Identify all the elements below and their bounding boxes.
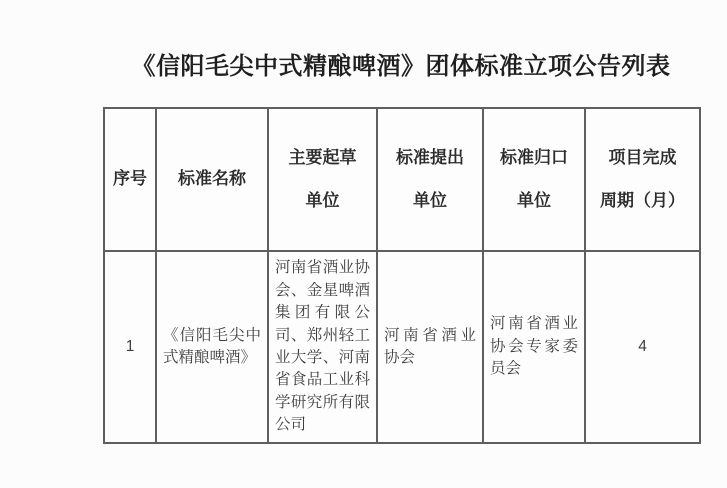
header-standard-name: 标准名称 (156, 108, 268, 251)
table-header-row: 序号 标准名称 主要起草 单位 标准提出 单位 标准归口 单位 项目完成 周期（… (104, 108, 700, 251)
header-main-drafting-units: 主要起草 单位 (268, 108, 377, 251)
cell-completion-period: 4 (585, 251, 700, 443)
header-serial-number: 序号 (104, 108, 156, 251)
page-title: 《信阳毛尖中式精酿啤酒》团体标准立项公告列表 (103, 52, 699, 82)
table-row: 1 《信阳毛尖中式精酿啤酒》 河南省酒业协会、金星啤酒集团有限公司、郑州轻工业大… (104, 251, 700, 443)
header-centralized-unit: 标准归口 单位 (483, 108, 585, 251)
cell-proposing-unit: 河南省酒业协会 (377, 251, 483, 443)
standards-announcement-table: 序号 标准名称 主要起草 单位 标准提出 单位 标准归口 单位 项目完成 周期（… (103, 107, 701, 444)
header-completion-period: 项目完成 周期（月） (585, 108, 700, 251)
cell-serial-number: 1 (104, 251, 156, 443)
cell-main-drafting-units: 河南省酒业协会、金星啤酒集团有限公司、郑州轻工业大学、河南省食品工业科学研究所有… (268, 251, 377, 443)
header-proposing-unit: 标准提出 单位 (377, 108, 483, 251)
cell-centralized-unit: 河南省酒业协会专家委员会 (483, 251, 585, 443)
cell-standard-name: 《信阳毛尖中式精酿啤酒》 (156, 251, 268, 443)
